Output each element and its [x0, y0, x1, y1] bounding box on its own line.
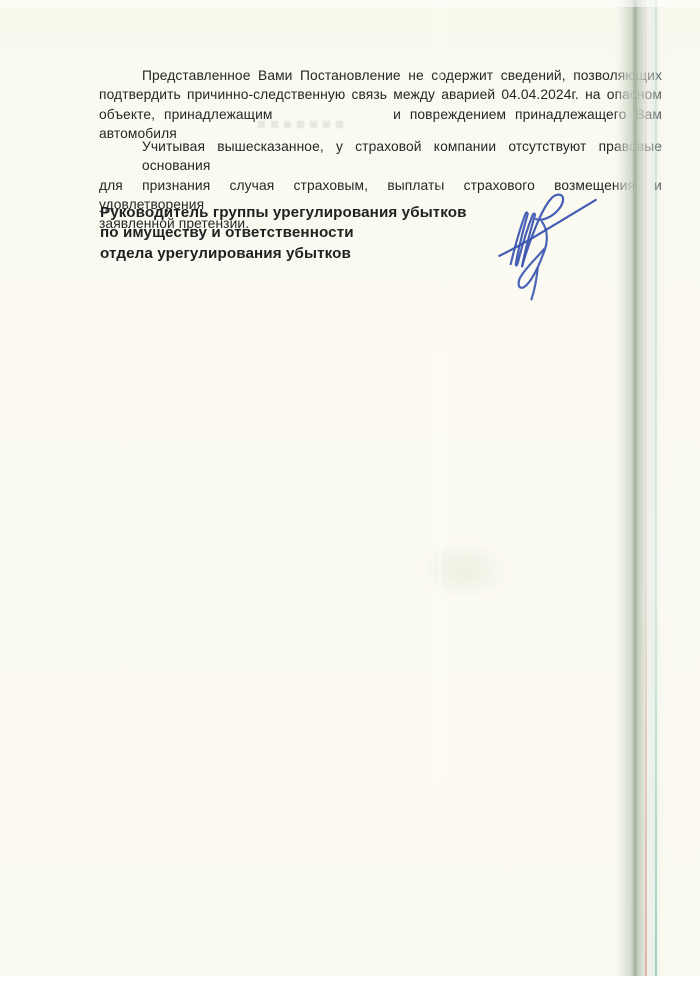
- paragraph1-line3: объекте, принадлежащим и повреждением пр…: [99, 105, 662, 124]
- paragraph1-line1: Представленное Вами Постановление не сод…: [99, 66, 662, 85]
- paragraph1-line3-right: и повреждением принадлежащего Вам: [393, 105, 662, 124]
- signer-title-block: Руководитель группы урегулирования убытк…: [100, 203, 520, 264]
- scan-smudge: [420, 540, 510, 600]
- page-top-edge: [0, 0, 700, 7]
- signer-title-line2: по имуществу и ответственности: [100, 223, 520, 243]
- paragraph-claim-causality: Представленное Вами Постановление не сод…: [99, 66, 662, 143]
- paragraph2-line1: Учитывая вышесказанное, у страховой комп…: [99, 137, 662, 176]
- signer-title-line3: отдела урегулирования убытков: [100, 244, 520, 264]
- paragraph1-line2: подтвердить причинно-следственную связь …: [99, 85, 662, 104]
- handwritten-signature: [490, 186, 604, 306]
- paragraph1-line3-left: объекте, принадлежащим: [99, 105, 273, 124]
- scanned-letter-page: Представленное Вами Постановление не сод…: [0, 0, 700, 990]
- page-bottom-edge: [0, 976, 700, 990]
- signer-title-line1: Руководитель группы урегулирования убытк…: [100, 203, 520, 223]
